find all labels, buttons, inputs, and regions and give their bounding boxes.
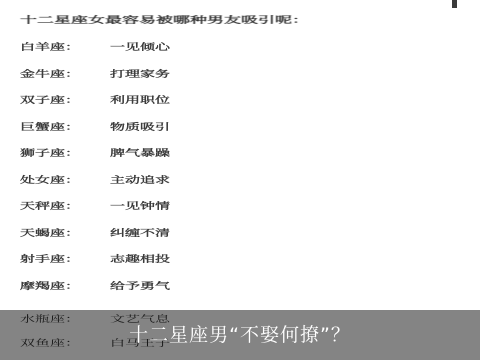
zodiac-sign: 金牛座： bbox=[20, 67, 110, 80]
zodiac-sign: 白羊座： bbox=[20, 40, 110, 53]
zodiac-trait: 主动追求 bbox=[110, 173, 170, 186]
list-item: 狮子座：脾气暴躁 bbox=[20, 146, 170, 173]
list-item: 白羊座：一见倾心 bbox=[20, 40, 170, 67]
zodiac-sign: 双子座： bbox=[20, 93, 110, 106]
list-item: 巨蟹座：物质吸引 bbox=[20, 120, 170, 147]
zodiac-list: 白羊座：一见倾心 金牛座：打理家务 双子座：利用职位 巨蟹座：物质吸引 狮子座：… bbox=[20, 40, 170, 305]
zodiac-trait: 志趣相投 bbox=[110, 252, 170, 265]
zodiac-trait: 打理家务 bbox=[110, 67, 170, 80]
corner-mark bbox=[452, 0, 457, 8]
list-item: 金牛座：打理家务 bbox=[20, 67, 170, 94]
list-item: 双子座：利用职位 bbox=[20, 93, 170, 120]
zodiac-trait: 一见钟情 bbox=[110, 199, 170, 212]
zodiac-sign: 射手座： bbox=[20, 252, 110, 265]
zodiac-trait: 脾气暴躁 bbox=[110, 146, 170, 159]
zodiac-sign: 天秤座： bbox=[20, 199, 110, 212]
zodiac-sign: 摩羯座： bbox=[20, 279, 110, 292]
page-title: 十二星座女最容易被哪种男友吸引呢： bbox=[20, 12, 309, 26]
list-item: 处女座：主动追求 bbox=[20, 173, 170, 200]
zodiac-trait: 一见倾心 bbox=[110, 40, 170, 53]
zodiac-sign: 处女座： bbox=[20, 173, 110, 186]
list-item: 摩羯座：给予勇气 bbox=[20, 279, 170, 306]
list-item: 天秤座：一见钟情 bbox=[20, 199, 170, 226]
zodiac-trait: 利用职位 bbox=[110, 93, 170, 106]
zodiac-trait: 纠缠不清 bbox=[110, 226, 170, 239]
zodiac-sign: 天蝎座： bbox=[20, 226, 110, 239]
list-item: 射手座：志趣相投 bbox=[20, 252, 170, 279]
zodiac-trait: 物质吸引 bbox=[110, 120, 170, 133]
list-item: 天蝎座：纠缠不清 bbox=[20, 226, 170, 253]
zodiac-trait: 给予勇气 bbox=[110, 279, 170, 292]
zodiac-sign: 巨蟹座： bbox=[20, 120, 110, 133]
caption-text: 十二星座男“不娶何撩”？ bbox=[0, 320, 480, 347]
zodiac-sign: 狮子座： bbox=[20, 146, 110, 159]
